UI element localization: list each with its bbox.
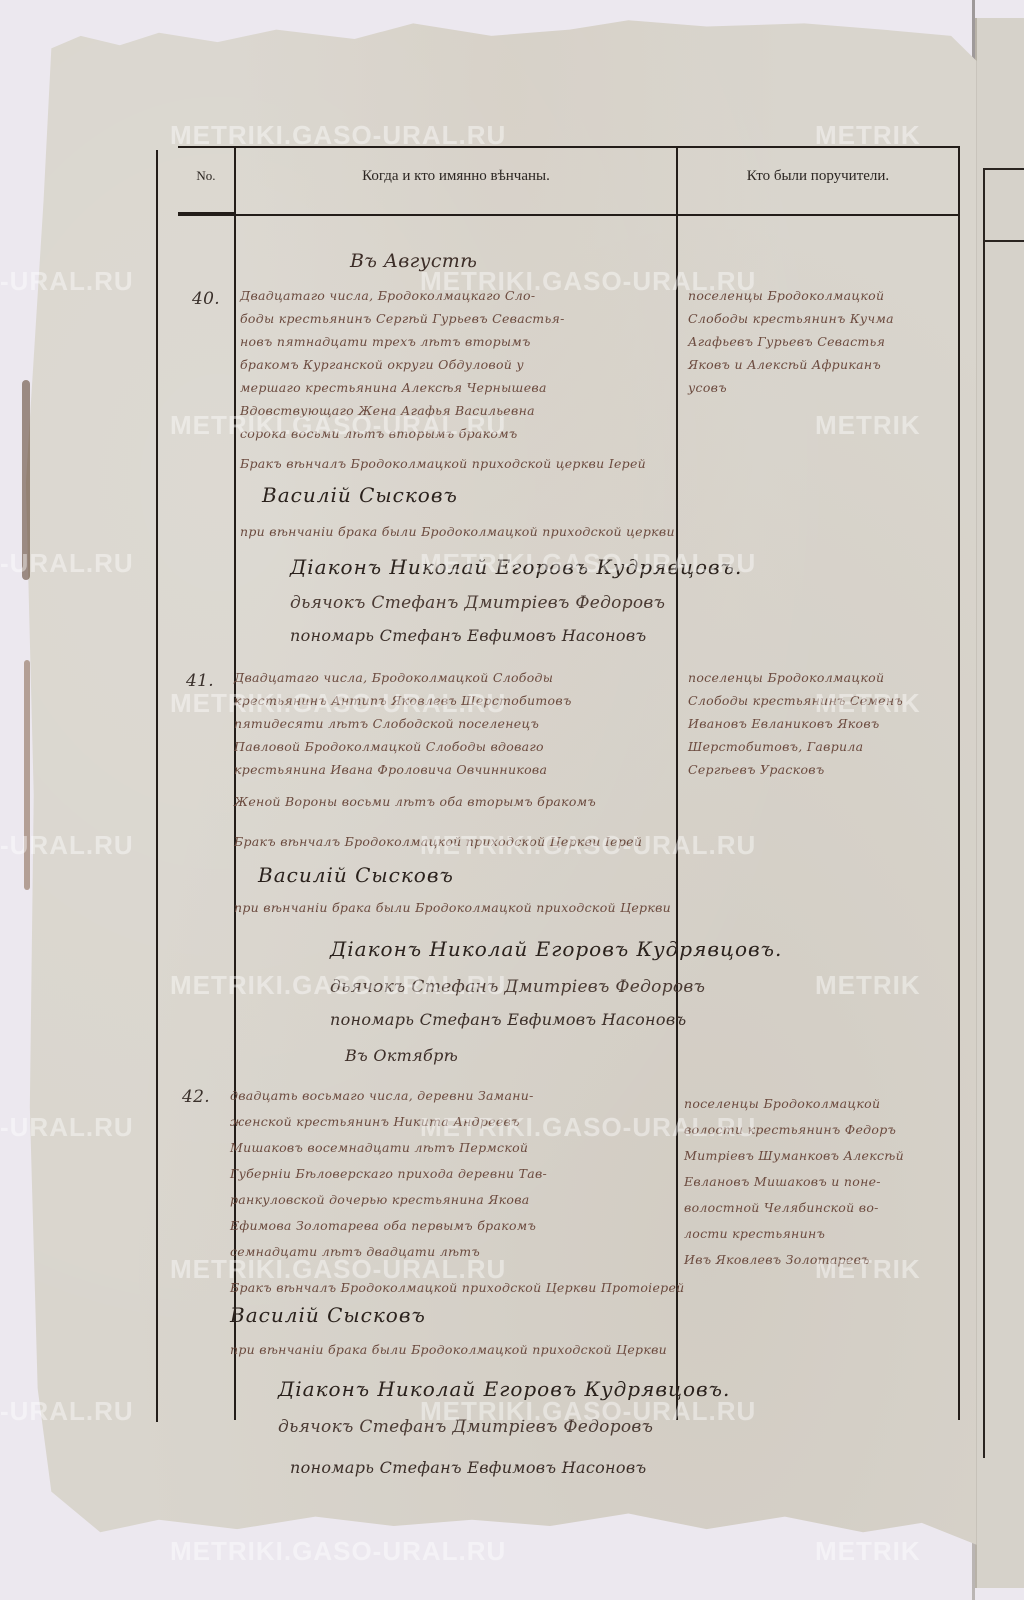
guarantor-line: Шерстобитовъ, Гаврила xyxy=(688,735,863,758)
record-line: новъ пятнадцати трехъ лѣтъ вторымъ xyxy=(240,330,531,353)
record-line: Ефимова Золотарева оба первымъ бракомъ xyxy=(230,1214,536,1237)
watermark: METRIKI.GASO-URAL.RU xyxy=(420,830,756,861)
priest-signature: Василій Сысковъ xyxy=(230,1304,426,1327)
sacristan-signature: пономарь Стефанъ Евфимовъ Насоновъ xyxy=(290,1456,646,1479)
entry-number: 40. xyxy=(192,288,220,311)
priest-signature: Василій Сысковъ xyxy=(262,484,458,507)
watermark: METRIKI.GASO-URAL.RU xyxy=(170,120,506,151)
watermark: METRIKI.GASO-URAL.RU xyxy=(170,688,506,719)
watermark: METRIKI.GASO-URAL.RU xyxy=(420,548,756,579)
witness-line: при вѣнчаніи брака были Бродоколмацкой п… xyxy=(230,1338,667,1361)
column-header-married: Когда и кто имянно вѣнчаны. xyxy=(236,168,676,185)
month-heading: Въ Октябрѣ xyxy=(345,1044,458,1067)
adjacent-page-rule xyxy=(983,168,985,1458)
watermark: METRIKI.GASO-URAL.RU xyxy=(170,410,506,441)
record-line: мершаго крестьянина Алексѣя Чернышева xyxy=(240,376,547,399)
table-header-rule xyxy=(178,214,960,216)
witness-line: при вѣнчаніи брака были Бродоколмацкой п… xyxy=(234,896,671,919)
watermark: -URAL.RU xyxy=(0,266,134,297)
record-line: Двадцатаго числа, Бродоколмацкой Слободы xyxy=(234,666,553,689)
record-line: крестьянина Ивана Фроловича Овчинникова xyxy=(234,758,547,781)
column-header-guarantors: Кто были поручители. xyxy=(678,168,958,185)
record-line: ранкуловской дочерью крестьянина Якова xyxy=(230,1188,530,1211)
priest-signature: Василій Сысковъ xyxy=(258,864,454,887)
watermark: METRIK xyxy=(815,970,921,1001)
guarantor-line: Евлановъ Мишаковъ и поне- xyxy=(684,1170,881,1193)
table-header-rule xyxy=(178,212,234,214)
watermark: -URAL.RU xyxy=(0,830,134,861)
watermark: METRIK xyxy=(815,688,921,719)
watermark: -URAL.RU xyxy=(0,1112,134,1143)
adjacent-page-edge xyxy=(975,18,1024,1588)
record-line: Губерніи Бѣловерскаго прихода деревни Та… xyxy=(230,1162,547,1185)
watermark: METRIKI.GASO-URAL.RU xyxy=(420,1396,756,1427)
sacristan-signature: пономарь Стефанъ Евфимовъ Насоновъ xyxy=(330,1008,686,1031)
watermark: METRIK xyxy=(815,410,921,441)
guarantor-line: лости крестьянинъ xyxy=(684,1222,825,1245)
guarantor-line: Митрiевъ Шуманковъ Алексѣй xyxy=(684,1144,904,1167)
watermark: -URAL.RU xyxy=(0,548,134,579)
watermark: METRIKI.GASO-URAL.RU xyxy=(170,1536,506,1567)
guarantor-line: волостной Челябинской во- xyxy=(684,1196,879,1219)
watermark: METRIKI.GASO-URAL.RU xyxy=(170,970,506,1001)
adjacent-page-rule xyxy=(983,168,1024,170)
watermark: METRIKI.GASO-URAL.RU xyxy=(420,266,756,297)
column-header-number: No. xyxy=(178,168,234,184)
guarantor-line: поселенцы Бродоколмацкой xyxy=(688,666,884,689)
deacon-signature: Діаконъ Николай Егоровъ Кудрявцовъ. xyxy=(330,938,782,961)
guarantor-line: Агафьевъ Гурьевъ Севастья xyxy=(688,330,885,353)
page-margin-rule xyxy=(156,150,158,1422)
watermark: -URAL.RU xyxy=(0,1396,134,1427)
record-line: двадцать восьмаго числа, деревни Замани- xyxy=(230,1084,534,1107)
record-line: Павловой Бродоколмацкой Слободы вдоваго xyxy=(234,735,544,758)
guarantor-line: Яковъ и Алексѣй Африканъ xyxy=(688,353,881,376)
watermark: METRIK xyxy=(815,1254,921,1285)
column-divider xyxy=(676,146,678,1420)
guarantor-line: усовъ xyxy=(688,376,727,399)
sacristan-signature: пономарь Стефанъ Евфимовъ Насоновъ xyxy=(290,624,646,647)
column-divider xyxy=(958,146,960,1420)
watermark: METRIKI.GASO-URAL.RU xyxy=(170,1254,506,1285)
entry-number: 42. xyxy=(182,1086,210,1109)
guarantor-line: Слободы крестьянинъ Кучма xyxy=(688,307,894,330)
record-line: бракомъ Курганской округи Обдуловой у xyxy=(240,353,524,376)
watermark: METRIK xyxy=(815,120,921,151)
adjacent-page-rule xyxy=(983,240,1024,242)
record-line: боды крестьянинъ Сергѣй Гурьевъ Севастья… xyxy=(240,307,565,330)
record-line: Женой Вороны восьми лѣтъ оба вторымъ бра… xyxy=(234,790,596,813)
witness-line: при вѣнчаніи брака были Бродоколмацкой п… xyxy=(240,520,675,543)
watermark: METRIK xyxy=(815,1536,921,1567)
officiant-line: Бракъ вѣнчалъ Бродоколмацкой приходской … xyxy=(240,452,646,475)
guarantor-line: Сергѣевъ Урасковъ xyxy=(688,758,824,781)
watermark: METRIKI.GASO-URAL.RU xyxy=(420,1112,756,1143)
sexton-signature: дьячокъ Стефанъ Дмитріевъ Федоровъ xyxy=(290,592,665,615)
